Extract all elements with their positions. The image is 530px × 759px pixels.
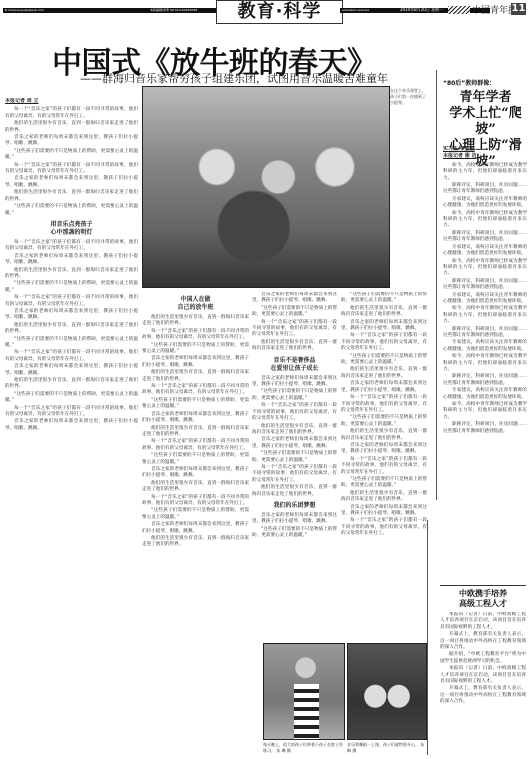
paragraph: 每一个“音乐之家”的孩子们都有一段不同寻常的故事，他们有的父母离异，有的父母常年…	[341, 518, 427, 537]
paragraph: 音乐之家的老师们每周末都会来到这里，教孩子们拉小提琴、唱歌、跳舞。	[252, 292, 337, 305]
sidebar-kicker: “80后”教师群像：	[443, 78, 528, 87]
paragraph: 每一个“音乐之家”的孩子们都有一段不同寻常的故事，他们有的父母离异，有的父母常年…	[5, 107, 138, 120]
paragraph: 职称评定、科研项目、住房问题……这些都让青年教师们感到焦虑。	[443, 327, 527, 340]
paragraph: 他们的生活里很少有音乐，直到一群海归音乐家走进了他们的世界。	[5, 323, 138, 336]
paragraph: 职称评定、科研项目、住房问题……这些都让青年教师们感到焦虑。	[443, 279, 527, 292]
paragraph: 他们的生活里很少有音乐，直到一群海归音乐家走进了他们的世界。	[341, 491, 427, 504]
paragraph: “这些孩子们需要的不只是物质上的帮助，更需要心灵上的温暖。”	[252, 527, 337, 540]
bottom-right-article-body: 本报讯（记者）日前，中欧高级工程人才培养项目在京启动，该项目旨在培养具有国际视野…	[440, 612, 526, 754]
paragraph: 开幕式上，教育部有关负责人表示，这一项目将推动中外高校在工程教育领域的深入合作。	[440, 686, 526, 705]
paragraph: 每一个“音乐之家”的孩子们都有一段不同寻常的故事，他们有的父母离异，有的父母常年…	[5, 295, 138, 308]
paragraph: 每一个“音乐之家”的孩子们都有一段不同寻常的故事，他们有的父母离异，有的父母常年…	[341, 395, 427, 414]
paragraph: 如今，高校中青年教师已经成为教学科研的主力军，但他们却面临着许多压力。	[443, 163, 527, 182]
paragraph: 音乐之家的老师们每周末都会来到这里，教孩子们拉小提琴、唱歌、跳舞。	[252, 376, 337, 389]
section-subhead: 用音乐点亮孩子 心中那盏的明灯	[5, 221, 138, 237]
paragraph: 如今，高校中青年教师已经成为教学科研的主力军，但他们却面临着许多压力。	[443, 402, 527, 421]
photo-caption-2: 音乐和舞蹈一上课，孩子们就特别开心。 朱 琳 摄	[347, 742, 427, 754]
paragraph: 音乐之家的老师们每周末都会来到这里，教孩子们拉小提琴、唱歌、跳舞。	[5, 254, 138, 267]
paragraph: 如今，高校中青年教师已经成为教学科研的主力军，但他们却面临着许多压力。	[443, 354, 527, 373]
paragraph: 音乐之家的老师们每周末都会来到这里，教孩子们拉小提琴、唱歌、跳舞。	[5, 135, 138, 148]
paragraph: 专家建议，高校应该关注青年教师的心理健康，为他们创造更好的发展环境。	[443, 245, 527, 258]
paragraph: 每一个“音乐之家”的孩子们都有一段不同寻常的故事，他们有的父母离异，有的父母常年…	[142, 329, 249, 342]
sidebar-article-body: 实习生 张丽丽 本报记者 谢 洁 如今，高校中青年教师已经成为教学科研的主力军，…	[443, 146, 527, 571]
divider	[440, 585, 526, 586]
paragraph: 音乐之家的老师们每周末都会来到这里，教孩子们拉小提琴、唱歌、跳舞。	[252, 513, 337, 526]
paragraph: 每一个“音乐之家”的孩子们都有一段不同寻常的故事，他们有的父母离异，有的父母常年…	[142, 439, 249, 452]
paragraph: 音乐之家的老师们每周末都会来到这里，教孩子们拉小提琴、唱歌、跳舞。	[5, 309, 138, 322]
section-subhead: 音乐不是奢侈品 在爱里让孩子成长	[252, 357, 337, 373]
decorative-stripes-icon	[448, 6, 470, 14]
paragraph: “这些孩子们需要的不只是物质上的帮助，更需要心灵上的温暖。”	[5, 149, 138, 162]
paragraph: 据介绍，“中欧工程教育平台”将为中国学生提供赴欧洲学习的机会。	[440, 652, 526, 665]
paragraph: 他们的生活里很少有音乐，直到一群海归音乐家走进了他们的世界。	[142, 370, 249, 383]
paragraph: 每一个“音乐之家”的孩子们都有一段不同寻常的故事，他们有的父母离异，有的父母常年…	[142, 384, 249, 397]
article-column-1: 本报记者 周 立 每一个“音乐之家”的孩子们都有一段不同寻常的故事，他们有的父母…	[5, 98, 138, 753]
paragraph: 他们的生活里很少有音乐，直到一群海归音乐家走进了他们的世界。	[252, 485, 337, 498]
paragraph: 他们的生活里很少有音乐，直到一群海归音乐家走进了他们的世界。	[5, 268, 138, 281]
paragraph: 他们的生活里很少有音乐，直到一群海归音乐家走进了他们的世界。	[142, 426, 249, 439]
paragraph: 他们的生活里很少有音乐，直到一群海归音乐家走进了他们的世界。	[5, 121, 138, 134]
paragraph: 职称评定、科研项目、住房问题……这些都让青年教师们感到焦虑。	[443, 231, 527, 244]
article-column-3: 音乐之家的老师们每周末都会来到这里，教孩子们拉小提琴、唱歌、跳舞。 “这些孩子们…	[252, 292, 337, 637]
paragraph: 如今，高校中青年教师已经成为教学科研的主力军，但他们却面临着许多压力。	[443, 306, 527, 325]
main-photo-caption: 在这个音乐课堂上，孩子们第一次摸到了小提琴。	[390, 88, 428, 106]
paragraph: 他们的生活里很少有音乐，直到一群海归音乐家走进了他们的世界。	[5, 378, 138, 391]
paragraph: 他们的生活里很少有音乐，直到一群海归音乐家走进了他们的世界。	[341, 429, 427, 442]
photo-girls-dancing	[347, 643, 427, 740]
paragraph: 每一个“音乐之家”的孩子们都有一段不同寻常的故事，他们有的父母离异，有的父母常年…	[252, 403, 337, 422]
header-editor: 本版编辑/李菁 Tel:010-64032038	[150, 8, 197, 13]
paragraph: 职称评定、科研项目、住房问题……这些都让青年教师们感到焦虑。	[443, 183, 527, 196]
paragraph: “这些孩子们需要的不只是物质上的帮助，更需要心灵上的温暖。”	[341, 415, 427, 428]
paragraph: 音乐之家的老师们每周末都会来到这里，教孩子们拉小提琴、唱歌、跳舞。	[5, 176, 138, 189]
paragraph: 每一个“音乐之家”的孩子们都有一段不同寻常的故事，他们有的父母离异，有的父母常年…	[5, 240, 138, 253]
paragraph: 他们的生活里很少有音乐，直到一群海归音乐家走进了他们的世界。	[252, 424, 337, 437]
paragraph: “这些孩子们需要的不只是物质上的帮助，更需要心灵上的温暖。”	[142, 343, 249, 356]
article-column-2: 中国人在做 自己的放牛班 他们的生活里很少有音乐，直到一群海归音乐家走进了他们的…	[142, 292, 249, 754]
paragraph: 每一个“音乐之家”的孩子们都有一段不同寻常的故事，他们有的父母离异，有的父母常年…	[341, 457, 427, 476]
paragraph: 每一个“音乐之家”的孩子们都有一段不同寻常的故事，他们有的父母离异，有的父母常年…	[142, 495, 249, 508]
paragraph: “这些孩子们需要的不只是物质上的帮助，更需要心灵上的温暖。”	[252, 306, 337, 319]
page-number: 11	[511, 3, 526, 15]
paragraph: “这些孩子们需要的不只是物质上的帮助，更需要心灵上的温暖。”	[341, 354, 427, 367]
paragraph: 开幕式上，教育部有关负责人表示，这一项目将推动中外高校在工程教育领域的深入合作。	[440, 632, 526, 651]
paragraph: 每一个“音乐之家”的孩子们都有一段不同寻常的故事，他们有的父母离异，有的父母常年…	[341, 333, 427, 352]
photo-boy-striped-shirt	[263, 643, 345, 740]
sidebar-byline-1: 实习生 张丽丽	[443, 146, 527, 152]
paragraph: 本报讯（记者）日前，中欧高级工程人才培养项目在京启动，该项目旨在培养具有国际视野…	[440, 666, 526, 685]
paragraph: 如今，高校中青年教师已经成为教学科研的主力军，但他们却面临着许多压力。	[443, 259, 527, 278]
paragraph: 音乐之家的老师们每周末都会来到这里，教孩子们拉小提琴、唱歌、跳舞。	[5, 364, 138, 377]
section-subhead: 中国人在做 自己的放牛班	[142, 296, 249, 312]
column-divider	[436, 70, 437, 500]
paragraph: 本报讯（记者）日前，中欧高级工程人才培养项目在京启动，该项目旨在培养具有国际视野…	[440, 612, 526, 631]
paragraph: “这些孩子们需要的不只是物质上的帮助，更需要心灵上的温暖。”	[341, 477, 427, 490]
paragraph: 音乐之家的老师们每周末都会来到这里，教孩子们拉小提琴、唱歌、跳舞。	[252, 437, 337, 450]
paragraph: “这些孩子们需要的不只是物质上的帮助，更需要心灵上的温暖。”	[142, 398, 249, 411]
paragraph: 每一个“音乐之家”的孩子们都有一段不同寻常的故事，他们有的父母离异，有的父母常年…	[5, 350, 138, 363]
paragraph: 音乐之家的老师们每周末都会来到这里，教孩子们拉小提琴、唱歌、跳舞。	[142, 522, 249, 535]
paragraph: 音乐之家的老师们每周末都会来到这里，教孩子们拉小提琴、唱歌、跳舞。	[142, 467, 249, 480]
main-subtitle: ——群海归音乐家帮穷孩子组建乐团，试图用音乐温暖苦难童年	[80, 70, 388, 86]
paragraph: 他们的生活里很少有音乐，直到一群海归音乐家走进了他们的世界。	[142, 536, 249, 549]
paragraph: 每一个“音乐之家”的孩子们都有一段不同寻常的故事，他们有的父母离异，有的父母常年…	[5, 406, 138, 419]
paragraph: 音乐之家的老师们每周末都会来到这里，教孩子们拉小提琴、唱歌、跳舞。	[341, 320, 427, 333]
paragraph: “这些孩子们需要的不只是物质上的帮助，更需要心灵上的温暖。”	[252, 451, 337, 464]
photo-caption-1: 每天晚上，很大的孩子们带着小孩子在院子里练习。 朱 琳 摄	[263, 742, 345, 754]
section-subhead: 我们的乐团梦想	[252, 502, 337, 510]
paragraph: 专家建议，高校应该关注青年教师的心理健康，为他们创造更好的发展环境。	[443, 293, 527, 306]
paragraph: “这些孩子们需要的不只是物质上的帮助，更需要心灵上的温暖。”	[142, 453, 249, 466]
paragraph: 他们的生活里很少有音乐，直到一群海归音乐家走进了他们的世界。	[341, 367, 427, 380]
paragraph: 专家建议，高校应该关注青年教师的心理健康，为他们创造更好的发展环境。	[443, 340, 527, 353]
paragraph: 每一个“音乐之家”的孩子们都有一段不同寻常的故事，他们有的父母离异，有的父母常年…	[5, 163, 138, 176]
paragraph: “这些孩子们需要的不只是物质上的帮助，更需要心灵上的温暖。”	[5, 281, 138, 294]
paragraph: 他们的生活里很少有音乐，直到一群海归音乐家走进了他们的世界。	[142, 481, 249, 494]
column-divider	[427, 520, 428, 755]
bottom-right-headline: 中欧携手培养 高级工程人才	[440, 589, 526, 609]
bottom-right-article-header: 中欧携手培养 高级工程人才	[440, 585, 526, 609]
paragraph: 音乐之家的老师们每周末都会来到这里，教孩子们拉小提琴、唱歌、跳舞。	[341, 381, 427, 394]
paragraph: “这些孩子们需要的不只是物质上的帮助，更需要心灵上的温暖。”	[5, 337, 138, 350]
paragraph: 他们的生活里很少有音乐，直到一群海归音乐家走进了他们的世界。	[341, 306, 427, 319]
paragraph: 音乐之家的老师们每周末都会来到这里，教孩子们拉小提琴、唱歌、跳舞。	[142, 356, 249, 369]
paragraph: “这些孩子们需要的不只是物质上的帮助，更需要心灵上的温暖。”	[252, 389, 337, 402]
paragraph: “这些孩子们需要的不只是物质上的帮助，更需要心灵上的温暖。”	[5, 204, 138, 217]
paragraph: 专家建议，高校应该关注青年教师的心理健康，为他们创造更好的发展环境。	[443, 197, 527, 210]
paragraph: 他们的生活里很少有音乐，直到一群海归音乐家走进了他们的世界。	[142, 315, 249, 328]
paragraph: “这些孩子们需要的不只是物质上的帮助，更需要心灵上的温暖。”	[142, 508, 249, 521]
paragraph: 职称评定、科研项目、住房问题……这些都让青年教师们感到焦虑。	[443, 422, 527, 435]
paragraph: 专家建议，高校应该关注青年教师的心理健康，为他们创造更好的发展环境。	[443, 388, 527, 401]
paragraph: “这些孩子们需要的不只是物质上的帮助，更需要心灵上的温暖。”	[5, 392, 138, 405]
paragraph: 音乐之家的老师们每周末都会来到这里，教孩子们拉小提琴、唱歌、跳舞。	[341, 443, 427, 456]
paragraph: 每一个“音乐之家”的孩子们都有一段不同寻常的故事，他们有的父母离异，有的父母常年…	[252, 465, 337, 484]
article-byline: 本报记者 周 立	[5, 98, 138, 104]
paragraph: 他们的生活里很少有音乐，直到一群海归音乐家走进了他们的世界。	[5, 190, 138, 203]
paragraph: 音乐之家的老师们每周末都会来到这里，教孩子们拉小提琴、唱歌、跳舞。	[341, 505, 427, 518]
sidebar-byline-2: 本报记者 谢 洁	[443, 153, 527, 159]
paragraph: 音乐之家的老师们每周末都会来到这里，教孩子们拉小提琴、唱歌、跳舞。	[142, 412, 249, 425]
paragraph: 每一个“音乐之家”的孩子们都有一段不同寻常的故事，他们有的父母离异，有的父母常年…	[252, 320, 337, 339]
paragraph: 他们的生活里很少有音乐，直到一群海归音乐家走进了他们的世界。	[252, 340, 337, 353]
paragraph: 如今，高校中青年教师已经成为教学科研的主力军，但他们却面临着许多压力。	[443, 211, 527, 230]
paragraph: 职称评定、科研项目、住房问题……这些都让青年教师们感到焦虑。	[443, 374, 527, 387]
section-title: 教育·科学	[216, 0, 343, 24]
paragraph: “这些孩子们需要的不只是物质上的帮助，更需要心灵上的温暖。”	[341, 292, 427, 305]
paragraph: 音乐之家的老师们每周末都会来到这里，教孩子们拉小提琴、唱歌、跳舞。	[5, 419, 138, 432]
header-date: 2010年8月20日 星期一	[400, 7, 443, 13]
article-column-4: “这些孩子们需要的不只是物质上的帮助，更需要心灵上的温暖。” 他们的生活里很少有…	[341, 292, 427, 637]
main-photo-children-violin	[142, 86, 390, 288]
